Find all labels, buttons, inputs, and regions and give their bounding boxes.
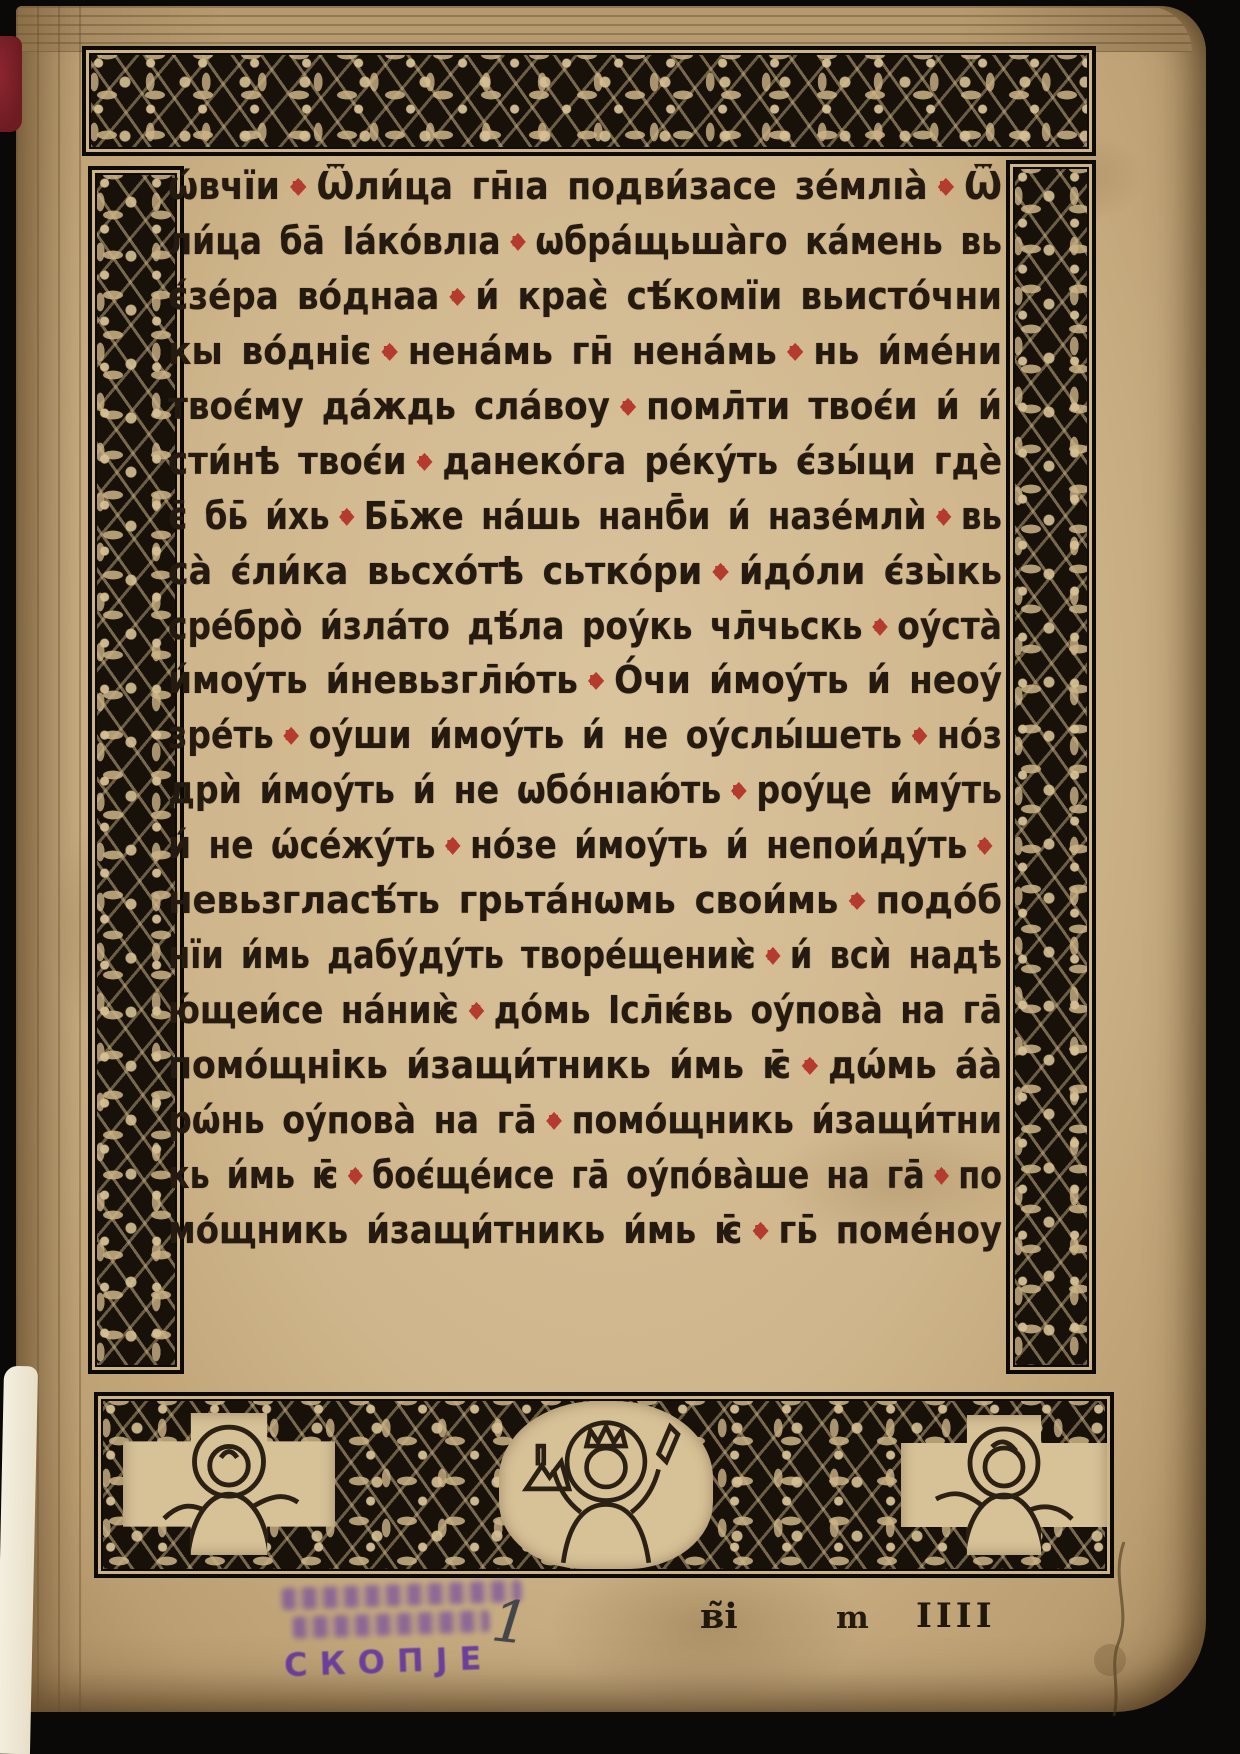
text-line: рѡ́нь оу́пова̀ на га̄◆помо́щникь и́защи́… bbox=[168, 1094, 1002, 1151]
rubric-cross-separator-icon: ◆ bbox=[765, 928, 780, 980]
text-line: нїи и́мь дабу́ду́ть творе́щениѥ̀◆и́ всѝ … bbox=[168, 929, 1002, 986]
text-segment: и́ всѝ надѣ bbox=[790, 933, 1002, 977]
text-segment: помл̄ти твоє́и и́ и́ bbox=[646, 384, 1002, 428]
text-line: помо́щнікь и́защи́тникь и́мь ѥ̄◆дѡ́мь а́… bbox=[168, 1039, 1002, 1096]
signature-letter: m bbox=[836, 1600, 869, 1636]
rubric-cross-separator-icon: ◆ bbox=[290, 159, 307, 211]
signature-roman-numeral: IIII bbox=[916, 1596, 996, 1636]
text-segment: нена́мь гн̄ нена́мь bbox=[408, 329, 777, 373]
text-segment: са̀ є́ли́ка вьсхо́тѣ сьтко́ри bbox=[168, 549, 702, 593]
rubric-cross-separator-icon: ◆ bbox=[381, 324, 398, 376]
library-stamp: СКОПЈЕ bbox=[281, 1580, 524, 1684]
text-line: є́зе́ра во́днаа◆и́ крає̀ сѣ́комїи вьисто… bbox=[168, 270, 1002, 327]
text-segment: твоє́му да́ждь сла́воу bbox=[168, 384, 610, 428]
text-line: твоє́му да́ждь сла́воу◆помл̄ти твоє́и и́… bbox=[168, 380, 1002, 437]
text-line-row: є̄ бь̄ и́хь◆Бь̄же на́шь нанб̄и и́ назе́м… bbox=[168, 490, 1002, 542]
text-line-row: зре́ть◆оу́ши и́моу́ть и́ не оу́слы́шеть◆… bbox=[168, 709, 1002, 761]
text-segment: помо́щнікь и́защи́тникь и́мь ѥ̄ bbox=[168, 1043, 792, 1087]
text-line-row: ю́щеи́се на́ниѥ̀◆до́мь Ісл̄ѥ́вь оу́пова̀… bbox=[168, 984, 1002, 1036]
text-segment: ли́ца ба̄ Іа́ко́влıа bbox=[168, 219, 501, 263]
text-segment: но́зе и́моу́ть и́ непои́ду́ть bbox=[470, 823, 967, 867]
text-line: сти́нѣ твоє́и◆данеко́га ре́ку́ть є́зы́ци… bbox=[168, 435, 1002, 492]
text-line-row: невьзгласѣ́ть грьта́нѡмь свои́мь◆подо́б bbox=[168, 874, 1002, 926]
rubric-cross-separator-icon: ◆ bbox=[339, 489, 355, 541]
text-segment: вь bbox=[961, 494, 1002, 538]
text-segment: невьзгласѣ́ть грьта́нѡмь свои́мь bbox=[168, 878, 838, 922]
rubric-cross-separator-icon: ◆ bbox=[546, 1093, 562, 1145]
book-page-photo: ѡ́вчїи◆Ѿли́ца гн̄ıа подви́засе зе́млıа̀◆… bbox=[0, 0, 1240, 1754]
text-line-row: кы во́дніє◆нена́мь гн̄ нена́мь◆нь и́ме́н… bbox=[168, 325, 1002, 377]
rubric-cross-separator-icon: ◆ bbox=[348, 1148, 363, 1200]
haloed-youth-left-icon bbox=[123, 1413, 335, 1555]
crowned-king-center-icon bbox=[499, 1401, 713, 1569]
text-line: са̀ є́ли́ка вьсхо́тѣ сьтко́ри◆и́до́ли є́… bbox=[168, 545, 1002, 602]
rubric-cross-separator-icon: ◆ bbox=[753, 1203, 769, 1255]
text-segment: ѡ́вчїи bbox=[168, 164, 280, 208]
text-line: и́ не ѡ́се́жу́ть◆но́зе и́моу́ть и́ непои… bbox=[168, 819, 1002, 876]
text-segment: подо́б bbox=[876, 878, 1002, 922]
rubric-cross-separator-icon: ◆ bbox=[802, 1038, 819, 1090]
text-segment: ѡбра́щьша̀го ка́мень вь bbox=[535, 219, 1002, 263]
rubric-cross-separator-icon: ◆ bbox=[510, 214, 526, 266]
text-segment: О́чи и́моу́ть и́ неоу́ bbox=[614, 658, 1002, 702]
text-segment: Ѿли́ца гн̄ıа подви́засе зе́млıа̀ bbox=[317, 164, 928, 208]
text-line-row: твоє́му да́ждь сла́воу◆помл̄ти твоє́и и́… bbox=[168, 380, 1002, 432]
text-segment: сти́нѣ твоє́и bbox=[168, 439, 407, 483]
text-segment: зре́ть bbox=[168, 713, 274, 757]
woodcut-border-top-icon bbox=[82, 46, 1096, 156]
rubric-cross-separator-icon: ◆ bbox=[872, 599, 888, 651]
text-segment: по bbox=[958, 1153, 1002, 1197]
text-segment: гь̄ поме́ноу bbox=[778, 1208, 1002, 1252]
text-segment: и́до́ли є́зы̀кь bbox=[739, 549, 1002, 593]
text-line-row: ѡ́вчїи◆Ѿли́ца гн̄ıа подви́засе зе́млıа̀◆… bbox=[168, 160, 1002, 212]
text-line-row: є́зе́ра во́днаа◆и́ крає̀ сѣ́комїи вьисто… bbox=[168, 270, 1002, 322]
rubric-cross-separator-icon: ◆ bbox=[620, 379, 636, 431]
text-line: кы во́дніє◆нена́мь гн̄ нена́мь◆нь и́ме́н… bbox=[168, 325, 1002, 382]
text-line-row: рѡ́нь оу́пова̀ на га̄◆помо́щникь и́защи́… bbox=[168, 1094, 1002, 1146]
text-segment: Ѿ bbox=[964, 164, 1002, 208]
text-segment: сре́бро̀ и́зла́то дѣ́ла роу́кь чл̄чьскь bbox=[168, 604, 863, 648]
text-line-row: ли́ца ба̄ Іа́ко́влıа◆ѡбра́щьша̀го ка́мен… bbox=[168, 215, 1002, 267]
text-segment: Бь̄же на́шь нанб̄и и́ назе́млѝ bbox=[364, 494, 927, 538]
text-block: ѡ́вчїи◆Ѿли́ца гн̄ıа подви́засе зе́млıа̀◆… bbox=[168, 160, 1002, 1256]
text-segment: и́ не ѡ́се́жу́ть bbox=[168, 823, 435, 867]
text-segment: рѡ́нь оу́пова̀ на га̄ bbox=[168, 1098, 537, 1142]
woodcut-tailpiece-band bbox=[94, 1392, 1114, 1578]
rubric-cross-separator-icon: ◆ bbox=[977, 818, 993, 870]
handwritten-foliation-number: 1 bbox=[489, 1586, 533, 1657]
text-segment: є̄ бь̄ и́хь bbox=[168, 494, 330, 538]
woodcut-border-right-icon bbox=[1006, 160, 1096, 1374]
text-line: ли́ца ба̄ Іа́ко́влıа◆ѡбра́щьша̀го ка́мен… bbox=[168, 215, 1002, 272]
text-line-row: кь и́мь ѥ̄◆боє́ще́исе га̄ оу́по́ва̀ше на… bbox=[168, 1149, 1002, 1201]
text-line-row: мо́щникь и́защи́тникь и́мь ѥ̄◆гь̄ поме́н… bbox=[168, 1204, 1002, 1256]
rubric-cross-separator-icon: ◆ bbox=[283, 708, 299, 760]
text-segment: оу́ста̀ bbox=[897, 604, 1002, 648]
text-line: є̄ бь̄ и́хь◆Бь̄же на́шь нанб̄и и́ назе́м… bbox=[168, 490, 1002, 547]
rubric-cross-separator-icon: ◆ bbox=[712, 544, 729, 596]
rubric-cross-separator-icon: ◆ bbox=[849, 873, 866, 925]
text-line: мо́щникь и́защи́тникь и́мь ѥ̄◆гь̄ поме́н… bbox=[168, 1204, 1002, 1261]
text-line-row: и́моу́ть и́невьзгл̄ю́ть◆О́чи и́моу́ть и́… bbox=[168, 654, 1002, 706]
text-segment: помо́щникь и́защи́тни bbox=[572, 1098, 1002, 1142]
cyrillic-quire-mark: в̃і bbox=[700, 1596, 738, 1637]
rubric-cross-separator-icon: ◆ bbox=[731, 763, 747, 815]
text-line: ѡ́вчїи◆Ѿли́ца гн̄ıа подви́засе зе́млıа̀◆… bbox=[168, 160, 1002, 217]
rubric-cross-separator-icon: ◆ bbox=[445, 818, 461, 870]
rubric-cross-separator-icon: ◆ bbox=[934, 1148, 949, 1200]
text-segment: оу́ши и́моу́ть и́ не оу́слы́шеть bbox=[309, 713, 902, 757]
text-line-row: дрѝ и́моу́ть и́ не ѡбо́нıаю́ть◆роу́це и́… bbox=[168, 764, 1002, 816]
text-line: кь и́мь ѥ̄◆боє́ще́исе га̄ оу́по́ва̀ше на… bbox=[168, 1149, 1002, 1206]
text-line-row: нїи и́мь дабу́ду́ть творе́щениѥ̀◆и́ всѝ … bbox=[168, 929, 1002, 981]
spine-red-fragment bbox=[0, 36, 22, 132]
text-segment: и́ крає̀ сѣ́комїи вьисто́чни bbox=[475, 274, 1002, 318]
text-line-row: и́ не ѡ́се́жу́ть◆но́зе и́моу́ть и́ непои… bbox=[168, 819, 1002, 871]
haloed-youth-right-icon bbox=[901, 1415, 1107, 1555]
text-line: сре́бро̀ и́зла́то дѣ́ла роу́кь чл̄чьскь◆… bbox=[168, 600, 1002, 657]
rubric-cross-separator-icon: ◆ bbox=[449, 269, 465, 321]
text-segment: роу́це и́му́ть bbox=[756, 768, 1002, 812]
text-line-row: сти́нѣ твоє́и◆данеко́га ре́ку́ть є́зы́ци… bbox=[168, 435, 1002, 487]
rubric-cross-separator-icon: ◆ bbox=[936, 489, 952, 541]
text-segment: до́мь Ісл̄ѥ́вь оу́пова̀ на га̄ bbox=[494, 988, 1002, 1032]
text-segment: но́з bbox=[937, 713, 1002, 757]
text-line-row: сре́бро̀ и́зла́то дѣ́ла роу́кь чл̄чьскь◆… bbox=[168, 600, 1002, 652]
text-line: невьзгласѣ́ть грьта́нѡмь свои́мь◆подо́б bbox=[168, 874, 1002, 931]
text-segment: и́моу́ть и́невьзгл̄ю́ть bbox=[168, 658, 578, 702]
text-line: дрѝ и́моу́ть и́ не ѡбо́нıаю́ть◆роу́це и́… bbox=[168, 764, 1002, 821]
text-segment: є́зе́ра во́днаа bbox=[168, 274, 439, 318]
text-segment: мо́щникь и́защи́тникь и́мь ѥ̄ bbox=[168, 1208, 743, 1252]
rubric-cross-separator-icon: ◆ bbox=[469, 983, 485, 1035]
text-line-row: са̀ є́ли́ка вьсхо́тѣ сьтко́ри◆и́до́ли є́… bbox=[168, 545, 1002, 597]
text-segment: кь и́мь ѥ̄ bbox=[168, 1153, 339, 1197]
rubric-cross-separator-icon: ◆ bbox=[787, 324, 804, 376]
text-segment: нїи и́мь дабу́ду́ть творе́щениѥ̀ bbox=[168, 933, 756, 977]
ink-stain-squiggle bbox=[1080, 1540, 1150, 1720]
rubric-cross-separator-icon: ◆ bbox=[416, 434, 432, 486]
text-segment: боє́ще́исе га̄ оу́по́ва̀ше на га̄ bbox=[372, 1153, 925, 1197]
text-line: зре́ть◆оу́ши и́моу́ть и́ не оу́слы́шеть◆… bbox=[168, 709, 1002, 766]
rubric-cross-separator-icon: ◆ bbox=[588, 653, 604, 705]
rubric-cross-separator-icon: ◆ bbox=[938, 159, 955, 211]
text-segment: кы во́дніє bbox=[168, 329, 371, 373]
stamp-illegible-line bbox=[292, 1610, 489, 1639]
text-line: и́моу́ть и́невьзгл̄ю́ть◆О́чи и́моу́ть и́… bbox=[168, 654, 1002, 711]
text-line: ю́щеи́се на́ниѥ̀◆до́мь Ісл̄ѥ́вь оу́пова̀… bbox=[168, 984, 1002, 1041]
text-segment: нь и́ме́ни bbox=[813, 329, 1002, 373]
text-segment: дрѝ и́моу́ть и́ не ѡбо́нıаю́ть bbox=[168, 768, 721, 812]
text-segment: данеко́га ре́ку́ть є́зы́ци гдѐ bbox=[442, 439, 1002, 483]
text-segment: дѡ́мь а́а̀ bbox=[828, 1043, 1002, 1087]
text-segment: ю́щеи́се на́ниѥ̀ bbox=[168, 988, 459, 1032]
text-line-row: помо́щнікь и́защи́тникь и́мь ѥ̄◆дѡ́мь а́… bbox=[168, 1039, 1002, 1091]
rubric-cross-separator-icon: ◆ bbox=[912, 708, 928, 760]
